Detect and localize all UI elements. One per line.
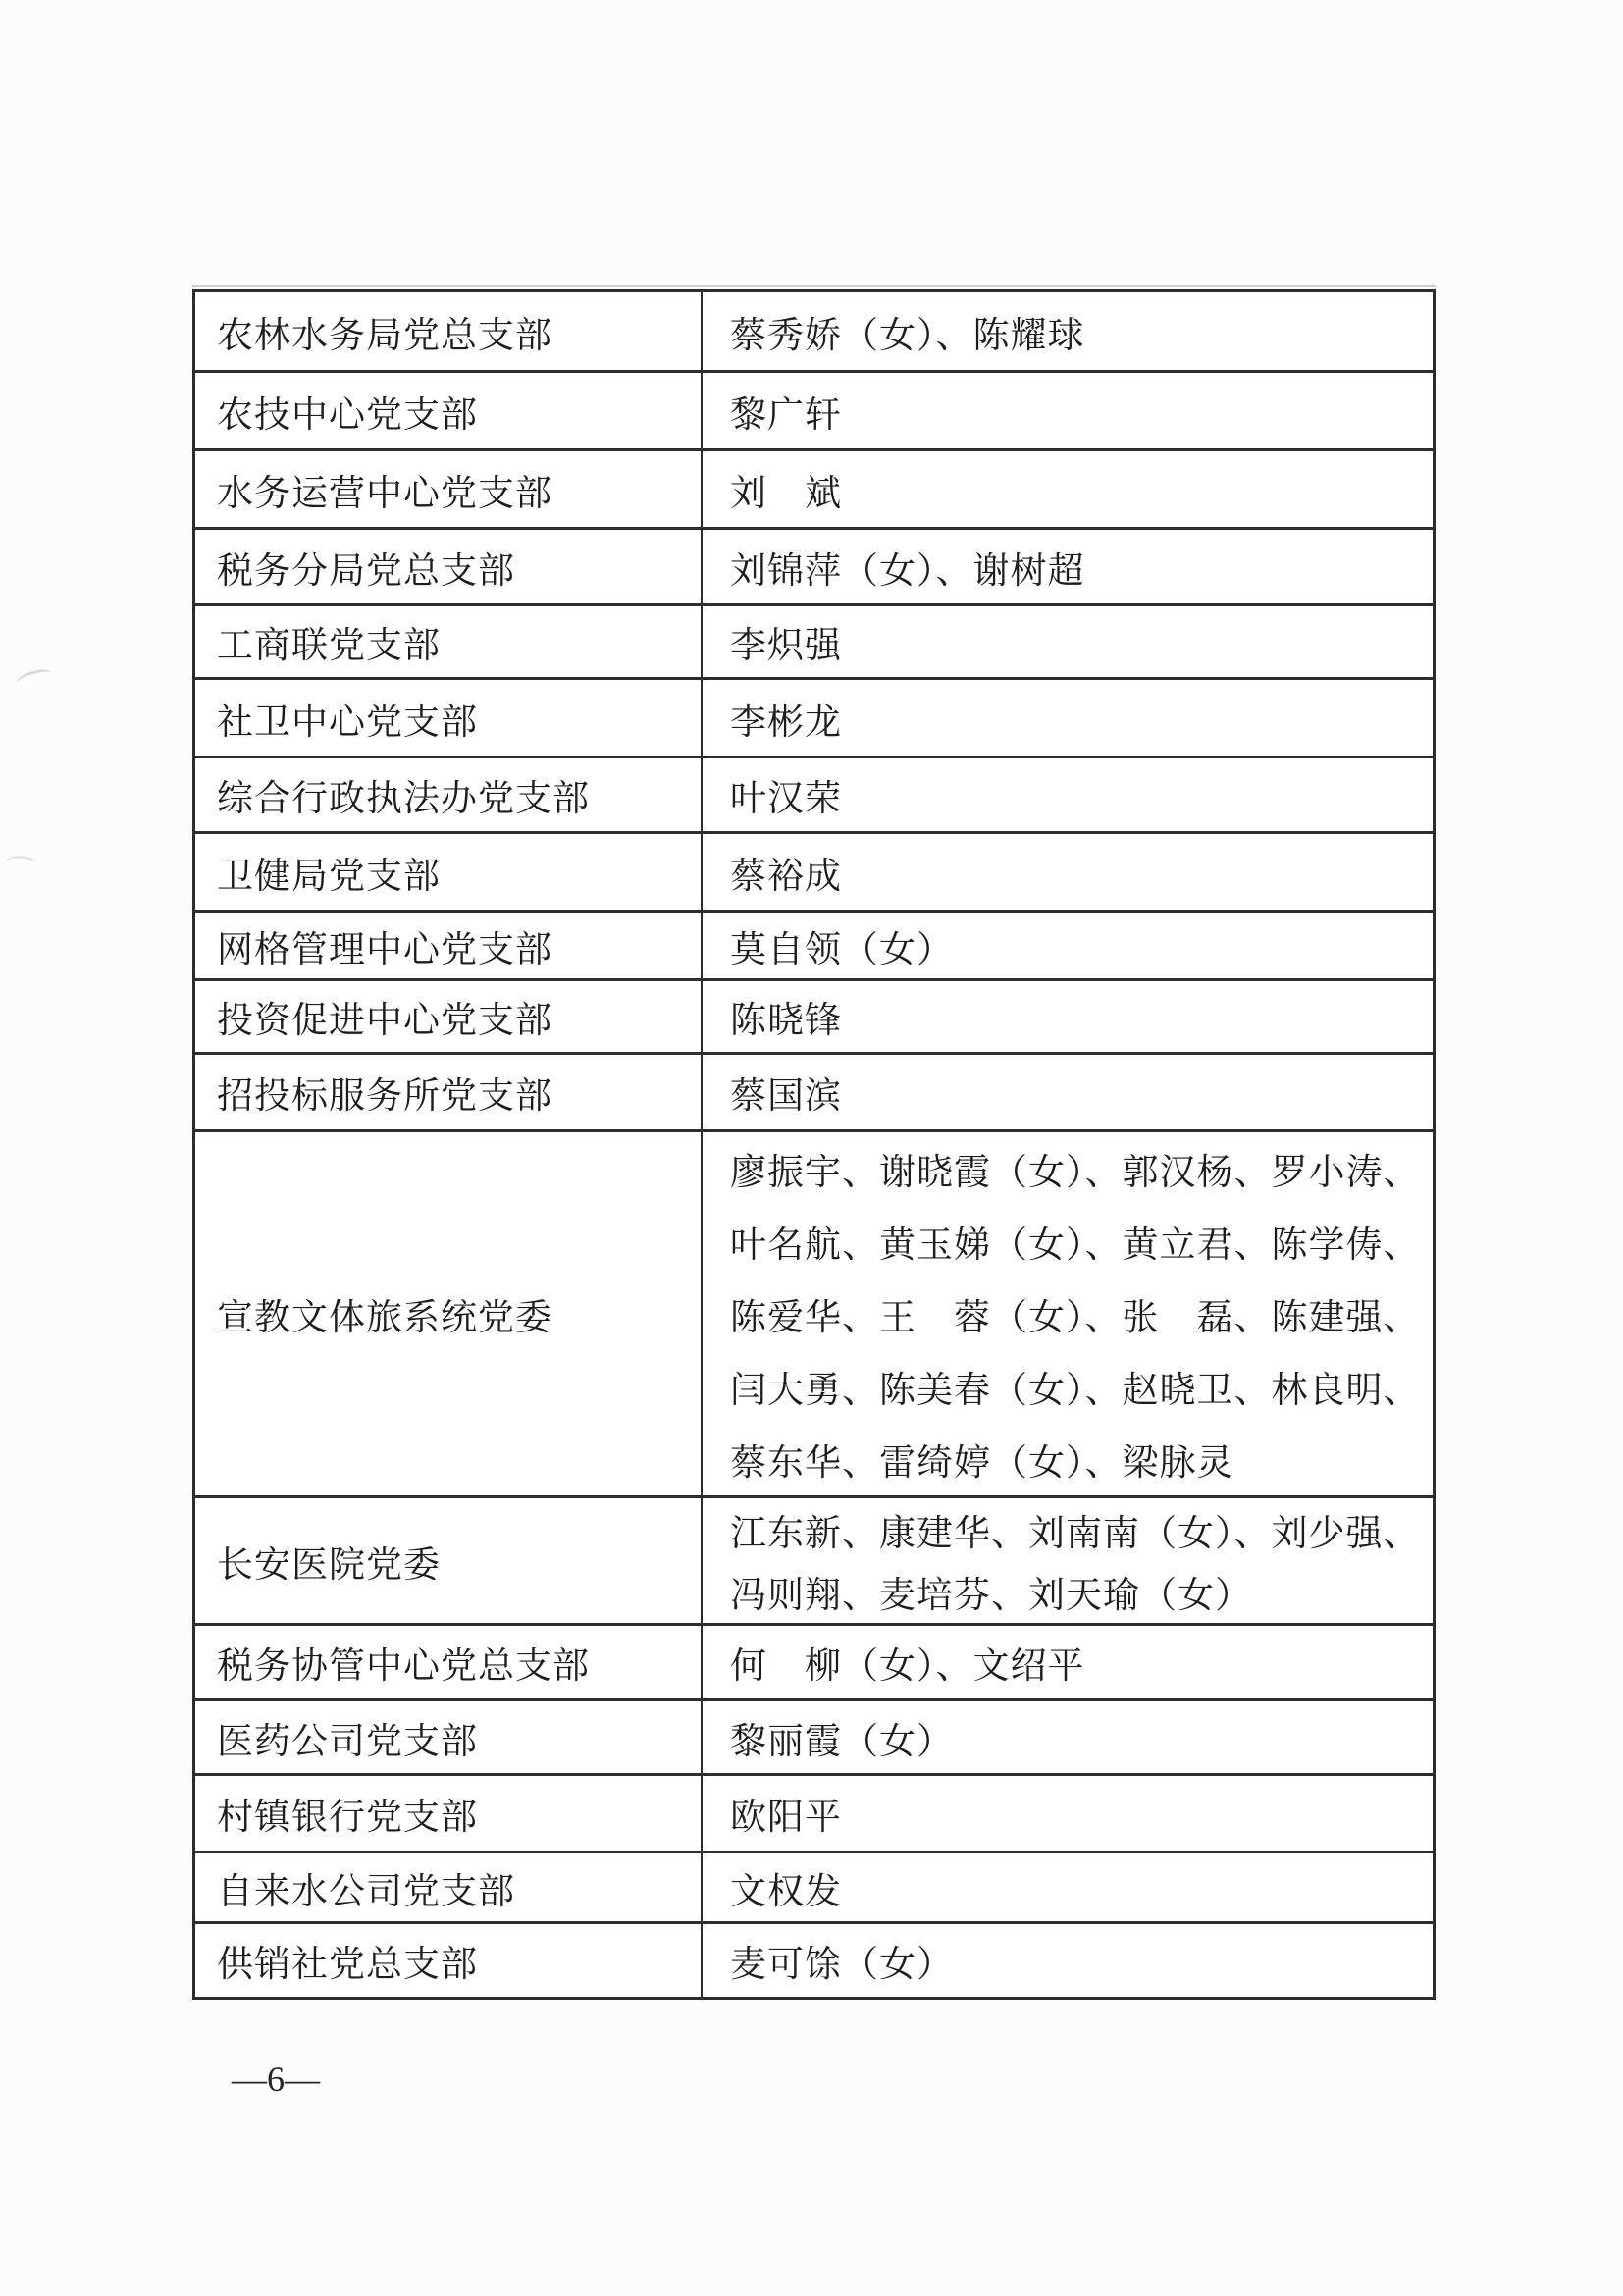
table-row: 农林水务局党总支部 蔡秀娇（女）、陈耀球: [195, 292, 1433, 373]
table-row: 农技中心党支部 黎广轩: [195, 373, 1433, 451]
name-line: 欧阳平: [730, 1776, 1423, 1851]
names-cell: 李炽强: [703, 606, 1433, 677]
org-cell: 工商联党支部: [195, 606, 703, 677]
scan-artifact: [14, 667, 52, 692]
names-cell: 李彬龙: [703, 680, 1433, 756]
roster-table: 农林水务局党总支部 蔡秀娇（女）、陈耀球 农技中心党支部 黎广轩 水务运营中心党…: [192, 289, 1436, 2000]
org-cell: 综合行政执法办党支部: [195, 758, 703, 831]
name-line: 蔡国滨: [730, 1055, 1423, 1129]
names-cell: 欧阳平: [703, 1776, 1433, 1851]
names-cell: 何 柳（女）、文绍平: [703, 1626, 1433, 1698]
name-line: 江东新、康建华、刘南南（女）、刘少强、: [730, 1498, 1423, 1561]
names-cell: 叶汉荣: [703, 758, 1433, 831]
org-cell: 招投标服务所党支部: [195, 1055, 703, 1129]
org-cell: 村镇银行党支部: [195, 1776, 703, 1851]
org-cell: 农林水务局党总支部: [195, 292, 703, 370]
name-line: 黎丽霞（女）: [730, 1701, 1423, 1773]
names-cell: 陈晓锋: [703, 981, 1433, 1052]
name-line: 陈爱华、王 蓉（女）、张 磊、陈建强、: [730, 1278, 1423, 1350]
names-cell: 文权发: [703, 1853, 1433, 1921]
org-cell: 税务协管中心党总支部: [195, 1626, 703, 1698]
org-cell: 供销社党总支部: [195, 1924, 703, 1997]
names-cell: 刘 斌: [703, 451, 1433, 527]
name-line: 李炽强: [730, 606, 1423, 677]
name-line: 文权发: [730, 1853, 1423, 1921]
names-cell: 刘锦萍（女）、谢树超: [703, 530, 1433, 603]
org-cell: 卫健局党支部: [195, 834, 703, 910]
name-line: 莫自领（女）: [730, 913, 1423, 978]
org-cell: 农技中心党支部: [195, 373, 703, 448]
names-cell: 蔡秀娇（女）、陈耀球: [703, 292, 1433, 370]
names-cell: 莫自领（女）: [703, 913, 1433, 978]
name-line: 闫大勇、陈美春（女）、赵晓卫、林良明、: [730, 1350, 1423, 1423]
org-cell: 水务运营中心党支部: [195, 451, 703, 527]
table-row: 村镇银行党支部 欧阳平: [195, 1776, 1433, 1853]
table-row: 工商联党支部 李炽强: [195, 606, 1433, 680]
names-cell: 江东新、康建华、刘南南（女）、刘少强、冯则翔、麦培芬、刘天瑜（女）: [703, 1498, 1433, 1623]
name-line: 冯则翔、麦培芬、刘天瑜（女）: [730, 1561, 1423, 1624]
table-row: 自来水公司党支部 文权发: [195, 1853, 1433, 1924]
org-cell: 医药公司党支部: [195, 1701, 703, 1773]
name-line: 蔡东华、雷绮婷（女）、梁脉灵: [730, 1423, 1423, 1495]
table-row: 综合行政执法办党支部 叶汉荣: [195, 758, 1433, 834]
scan-artifact: [5, 854, 36, 872]
org-cell: 自来水公司党支部: [195, 1853, 703, 1921]
table-row: 长安医院党委 江东新、康建华、刘南南（女）、刘少强、冯则翔、麦培芬、刘天瑜（女）: [195, 1498, 1433, 1626]
name-line: 叶汉荣: [730, 758, 1423, 831]
table-row: 税务协管中心党总支部 何 柳（女）、文绍平: [195, 1626, 1433, 1701]
name-line: 何 柳（女）、文绍平: [730, 1626, 1423, 1698]
table-row: 水务运营中心党支部 刘 斌: [195, 451, 1433, 530]
names-cell: 蔡裕成: [703, 834, 1433, 910]
table-row: 社卫中心党支部 李彬龙: [195, 680, 1433, 758]
org-cell: 长安医院党委: [195, 1498, 703, 1623]
name-line: 陈晓锋: [730, 981, 1423, 1052]
table-row: 供销社党总支部 麦可馀（女）: [195, 1924, 1433, 1997]
names-cell: 麦可馀（女）: [703, 1924, 1433, 1997]
org-cell: 社卫中心党支部: [195, 680, 703, 756]
names-cell: 廖振宇、谢晓霞（女）、郭汉杨、罗小涛、叶名航、黄玉娣（女）、黄立君、陈学俦、陈爱…: [703, 1132, 1433, 1495]
names-cell: 黎丽霞（女）: [703, 1701, 1433, 1773]
name-line: 麦可馀（女）: [730, 1924, 1423, 1997]
table-row: 招投标服务所党支部 蔡国滨: [195, 1055, 1433, 1132]
table-row: 卫健局党支部 蔡裕成: [195, 834, 1433, 913]
document-page: 农林水务局党总支部 蔡秀娇（女）、陈耀球 农技中心党支部 黎广轩 水务运营中心党…: [0, 0, 1623, 2296]
org-cell: 宣教文体旅系统党委: [195, 1132, 703, 1495]
name-line: 蔡裕成: [730, 834, 1423, 910]
org-cell: 税务分局党总支部: [195, 530, 703, 603]
name-line: 李彬龙: [730, 680, 1423, 756]
name-line: 刘 斌: [730, 451, 1423, 527]
name-line: 廖振宇、谢晓霞（女）、郭汉杨、罗小涛、: [730, 1132, 1423, 1205]
names-cell: 黎广轩: [703, 373, 1433, 448]
table-row: 医药公司党支部 黎丽霞（女）: [195, 1701, 1433, 1776]
table-row: 宣教文体旅系统党委 廖振宇、谢晓霞（女）、郭汉杨、罗小涛、叶名航、黄玉娣（女）、…: [195, 1132, 1433, 1498]
table-row: 税务分局党总支部 刘锦萍（女）、谢树超: [195, 530, 1433, 606]
name-line: 黎广轩: [730, 373, 1423, 448]
name-line: 刘锦萍（女）、谢树超: [730, 530, 1423, 603]
name-line: 叶名航、黄玉娣（女）、黄立君、陈学俦、: [730, 1205, 1423, 1278]
table-row: 投资促进中心党支部 陈晓锋: [195, 981, 1433, 1055]
names-cell: 蔡国滨: [703, 1055, 1433, 1129]
table-row: 网格管理中心党支部 莫自领（女）: [195, 913, 1433, 981]
name-line: 蔡秀娇（女）、陈耀球: [730, 292, 1423, 370]
page-number: —6—: [232, 2059, 320, 2100]
org-cell: 投资促进中心党支部: [195, 981, 703, 1052]
org-cell: 网格管理中心党支部: [195, 913, 703, 978]
